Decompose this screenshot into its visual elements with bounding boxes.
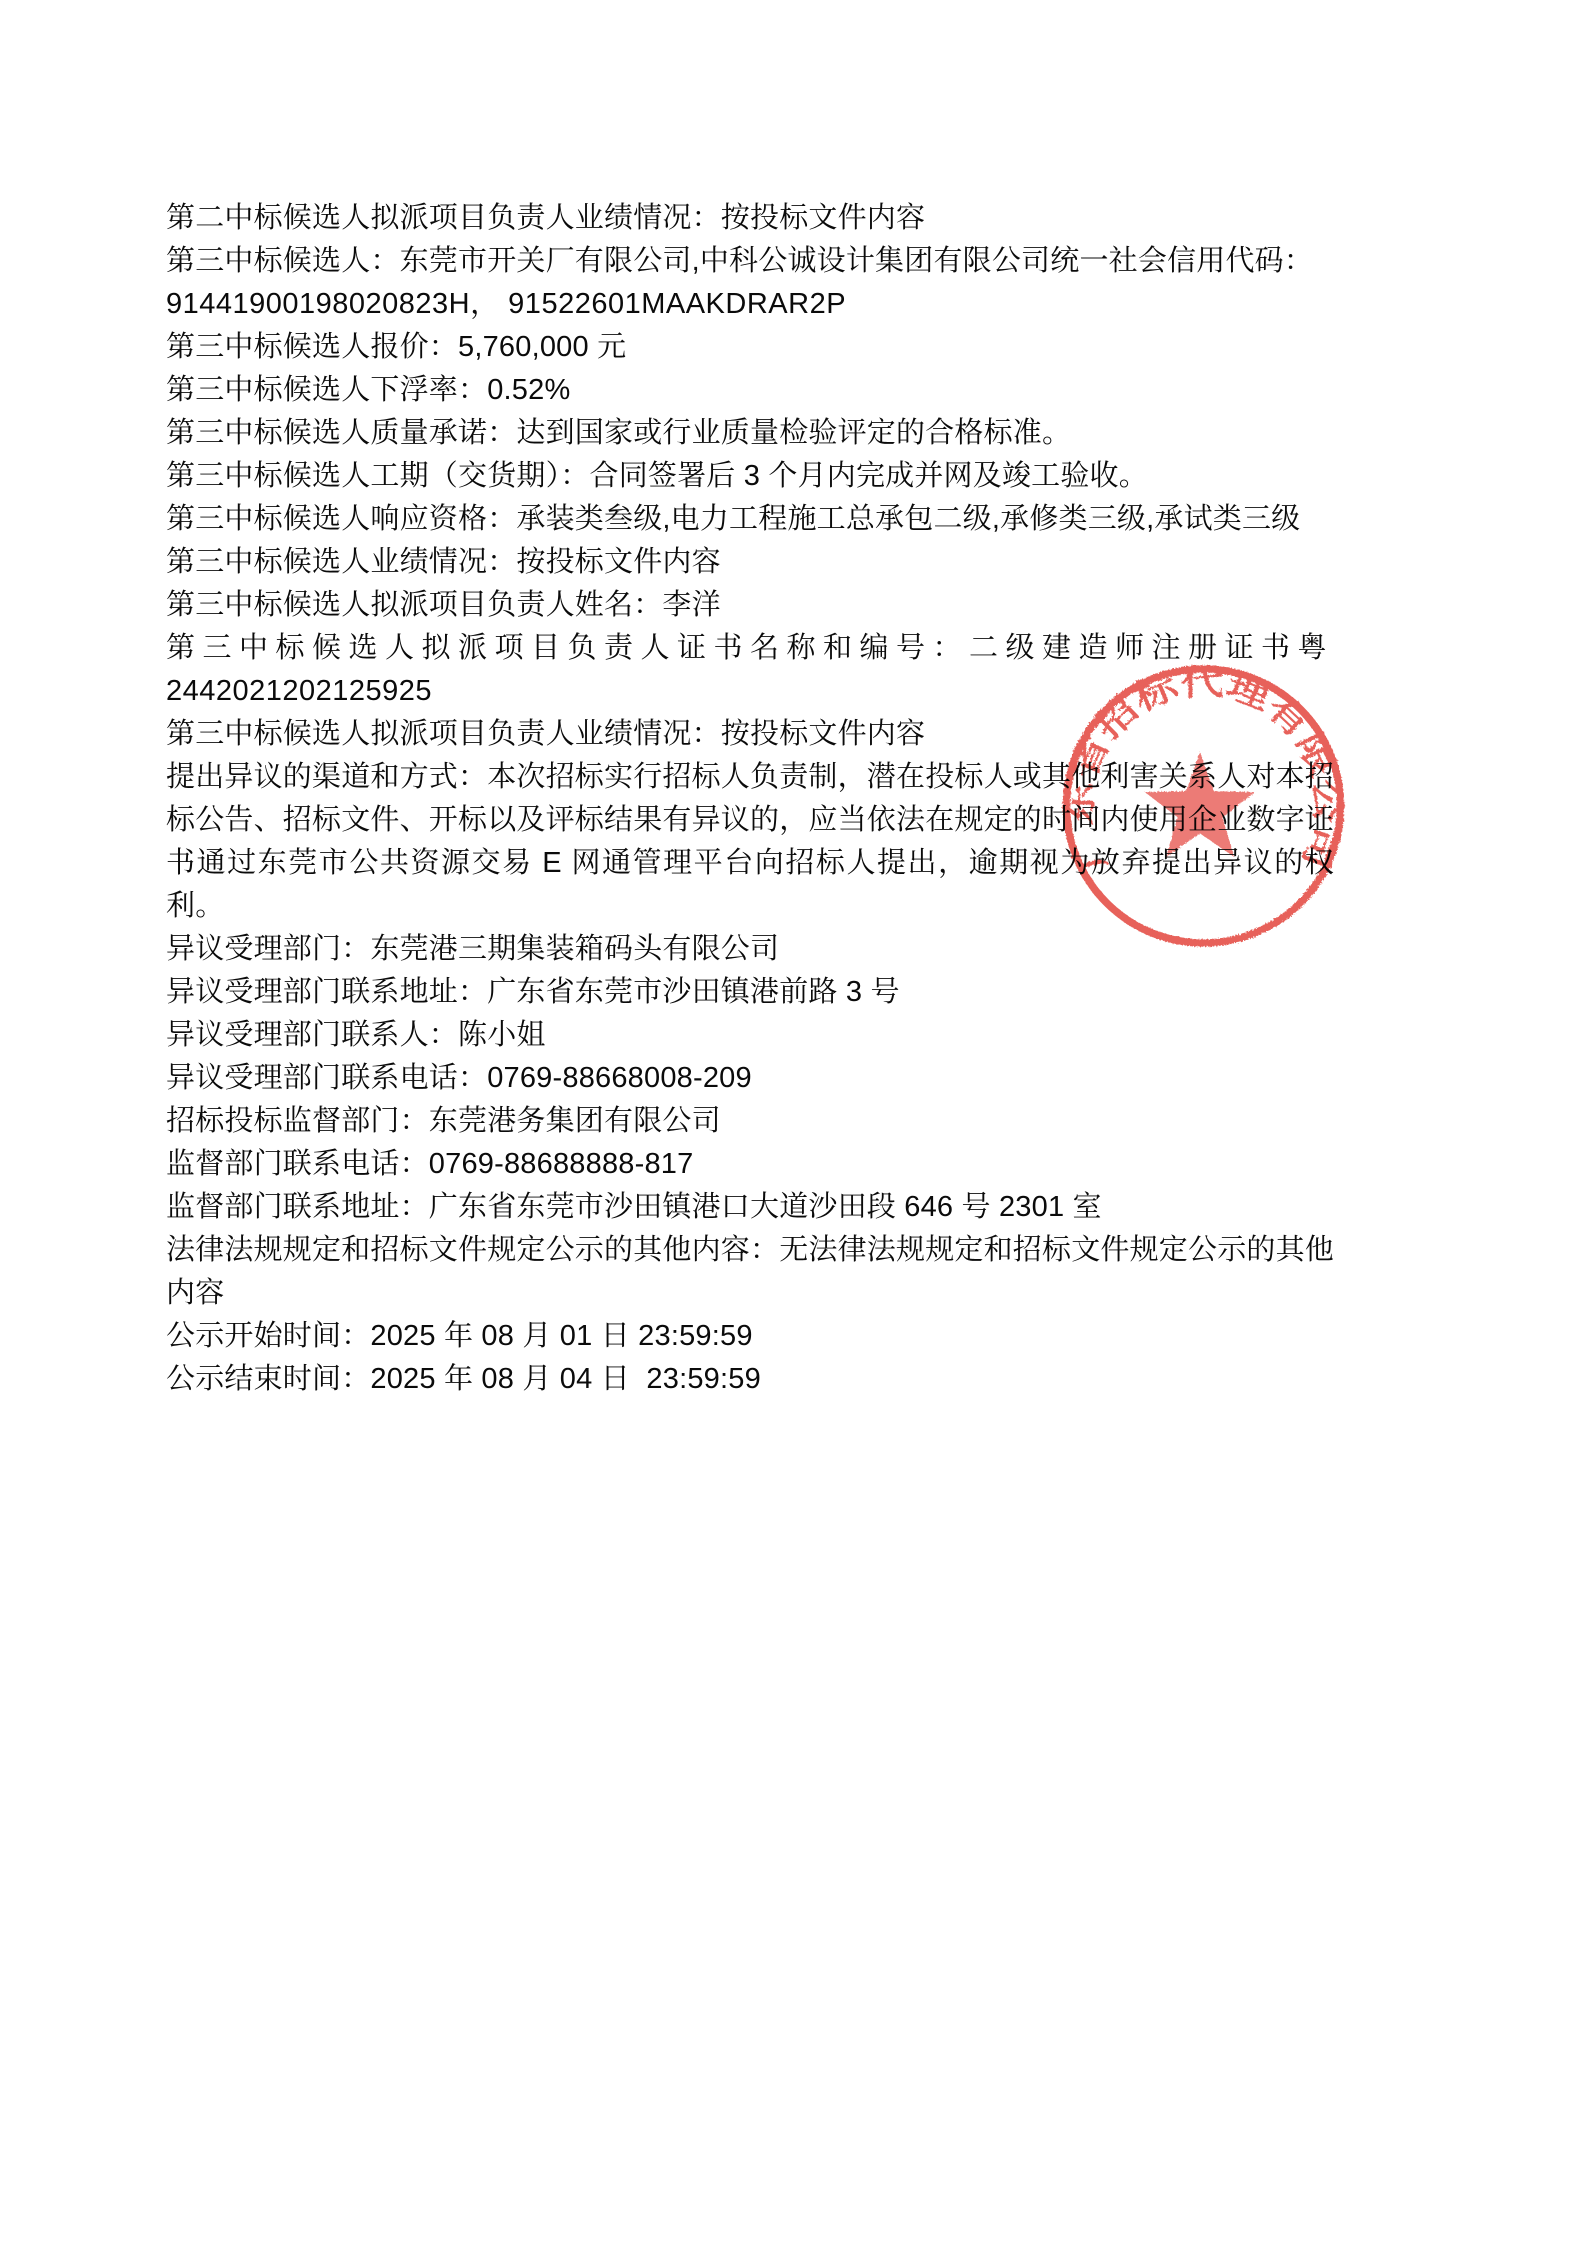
doc-line: 91441900198020823H， 91522601MAAKDRAR2P <box>166 283 1334 326</box>
doc-line: 第三中标候选人报价：5,760,000 元 <box>166 326 1334 369</box>
doc-line: 第二中标候选人拟派项目负责人业绩情况：按投标文件内容 <box>166 197 1334 240</box>
doc-line: 提出异议的渠道和方式：本次招标实行招标人负责制，潜在投标人或其他利害关系人对本招 <box>166 756 1334 799</box>
doc-line: 公示开始时间：2025 年 08 月 01 日 23:59:59 <box>166 1315 1334 1358</box>
doc-line: 异议受理部门联系人：陈小姐 <box>166 1014 1334 1057</box>
doc-line: 异议受理部门：东莞港三期集装箱码头有限公司 <box>166 928 1334 971</box>
doc-line: 公示结束时间：2025 年 08 月 04 日 23:59:59 <box>166 1358 1334 1401</box>
doc-line: 第三中标候选人：东莞市开关厂有限公司,中科公诚设计集团有限公司统一社会信用代码： <box>166 240 1334 283</box>
doc-line: 第三中标候选人拟派项目负责人证书名称和编号：二级建造师注册证书粤 <box>166 627 1334 670</box>
doc-line: 第三中标候选人拟派项目负责人姓名：李洋 <box>166 584 1334 627</box>
doc-line: 法律法规规定和招标文件规定公示的其他内容：无法律法规规定和招标文件规定公示的其他 <box>166 1229 1334 1272</box>
doc-line: 书通过东莞市公共资源交易 E 网通管理平台向招标人提出，逾期视为放弃提出异议的权… <box>166 842 1334 928</box>
doc-line: 第三中标候选人下浮率：0.52% <box>166 369 1334 412</box>
doc-line: 第三中标候选人工期（交货期）：合同签署后 3 个月内完成并网及竣工验收。 <box>166 455 1334 498</box>
doc-line: 2442021202125925 <box>166 670 1334 713</box>
doc-line: 监督部门联系地址：广东省东莞市沙田镇港口大道沙田段 646 号 2301 室 <box>166 1186 1334 1229</box>
doc-line: 第三中标候选人拟派项目负责人业绩情况：按投标文件内容 <box>166 713 1334 756</box>
doc-line: 第三中标候选人业绩情况：按投标文件内容 <box>166 541 1334 584</box>
announcement-text: 第二中标候选人拟派项目负责人业绩情况：按投标文件内容 第三中标候选人：东莞市开关… <box>166 197 1334 1401</box>
doc-line: 内容 <box>166 1272 1334 1315</box>
doc-line: 异议受理部门联系电话：0769-88668008-209 <box>166 1057 1334 1100</box>
doc-line: 标公告、招标文件、开标以及评标结果有异议的，应当依法在规定的时间内使用企业数字证 <box>166 799 1334 842</box>
doc-line: 第三中标候选人质量承诺：达到国家或行业质量检验评定的合格标准。 <box>166 412 1334 455</box>
doc-line: 监督部门联系电话：0769-88688888-817 <box>166 1143 1334 1186</box>
doc-line: 招标投标监督部门：东莞港务集团有限公司 <box>166 1100 1334 1143</box>
doc-line: 异议受理部门联系地址：广东省东莞市沙田镇港前路 3 号 <box>166 971 1334 1014</box>
document-page: 第二中标候选人拟派项目负责人业绩情况：按投标文件内容 第三中标候选人：东莞市开关… <box>0 0 1587 2245</box>
doc-line: 第三中标候选人响应资格：承装类叁级,电力工程施工总承包二级,承修类三级,承试类三… <box>166 498 1334 541</box>
